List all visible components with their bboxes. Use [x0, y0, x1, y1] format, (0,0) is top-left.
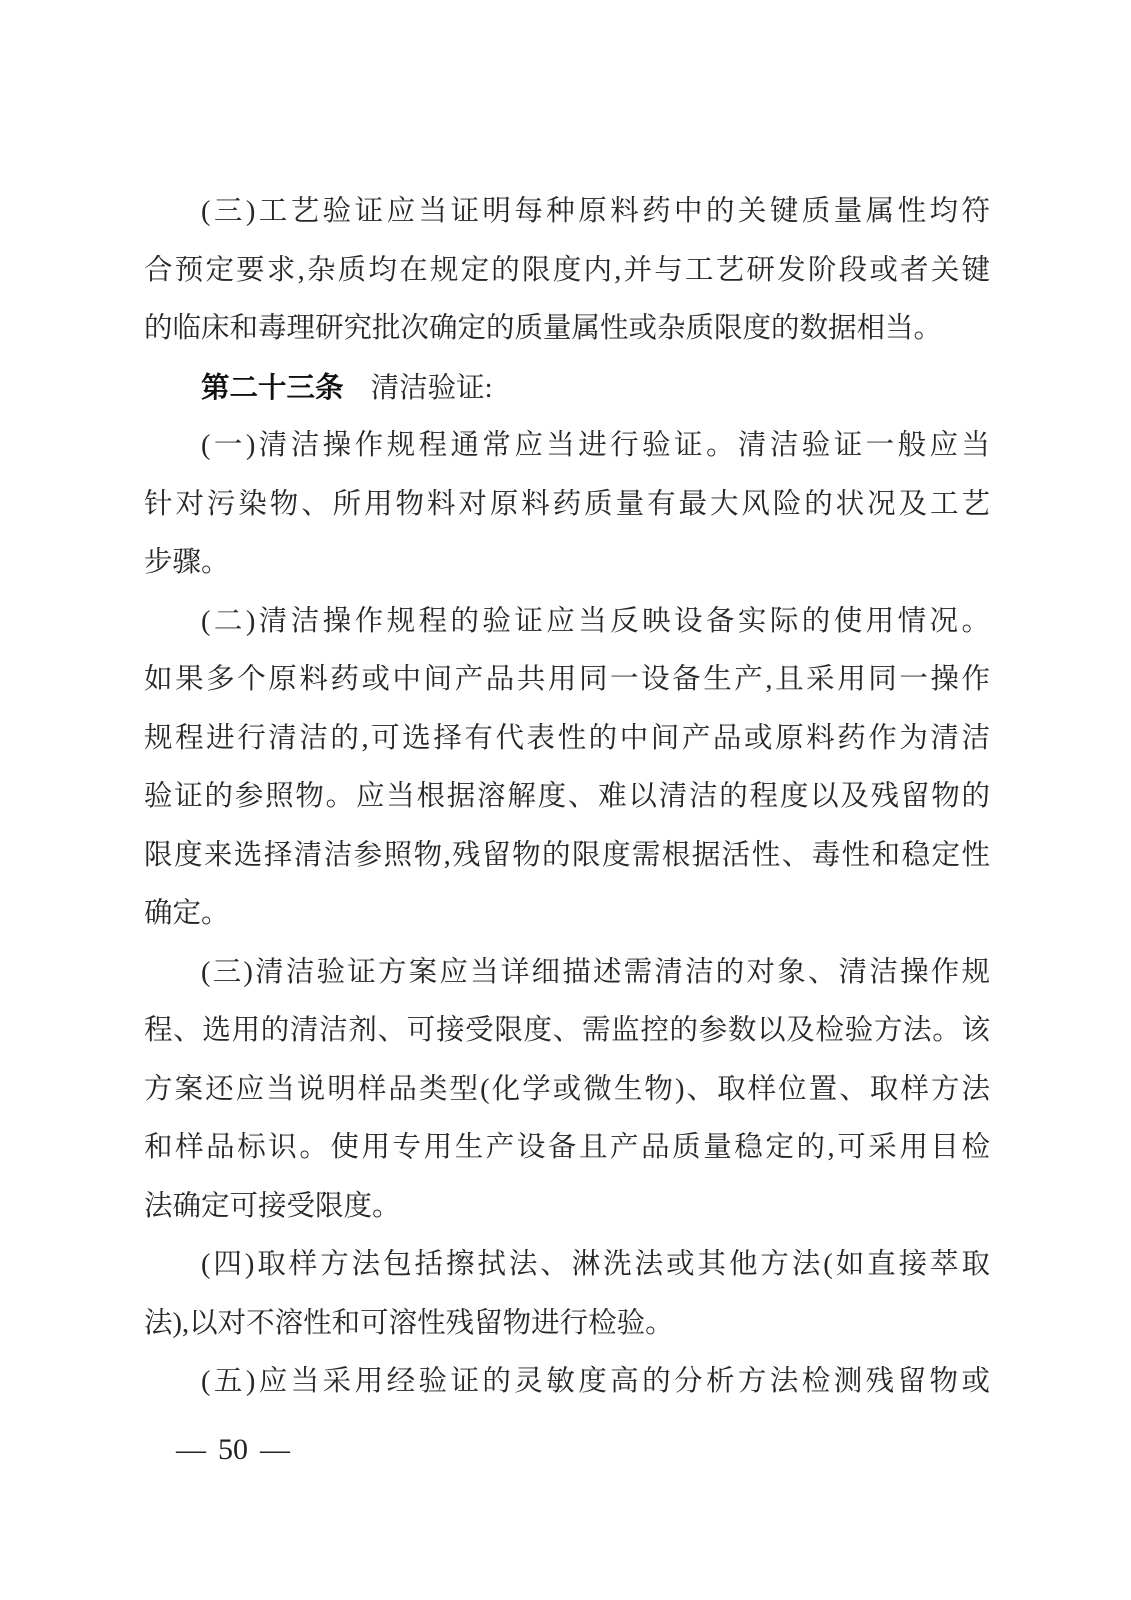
text-line: 如果多个原料药或中间产品共用同一设备生产,且采用同一操作 — [144, 651, 990, 710]
paragraph-item-five: (五)应当采用经验证的灵敏度高的分析方法检测残留物或 — [144, 1353, 990, 1412]
paragraph-item-three: (三)清洁验证方案应当详细描述需清洁的对象、清洁操作规 程、选用的清洁剂、可接受… — [144, 944, 990, 1237]
article-number: 第二十三条 — [201, 372, 344, 404]
text-line: 限度来选择清洁参照物,残留物的限度需根据活性、毒性和稳定性 — [144, 827, 990, 886]
document-body: (三)工艺验证应当证明每种原料药中的关键质量属性均符 合预定要求,杂质均在规定的… — [144, 183, 990, 1412]
page-footer: — 50 — — [176, 1430, 290, 1470]
text-line: 和样品标识。使用专用生产设备且产品质量稳定的,可采用目检 — [144, 1119, 990, 1178]
paragraph-item-one: (一)清洁操作规程通常应当进行验证。清洁验证一般应当 针对污染物、所用物料对原料… — [144, 417, 990, 593]
paragraph-item-four: (四)取样方法包括擦拭法、淋洗法或其他方法(如直接萃取 法),以对不溶性和可溶性… — [144, 1236, 990, 1353]
text-line: (三)清洁验证方案应当详细描述需清洁的对象、清洁操作规 — [144, 944, 990, 1003]
article-title: 清洁验证: — [371, 373, 493, 404]
text-line: (五)应当采用经验证的灵敏度高的分析方法检测残留物或 — [144, 1353, 990, 1412]
paragraph-item-two: (二)清洁操作规程的验证应当反映设备实际的使用情况。 如果多个原料药或中间产品共… — [144, 593, 990, 944]
text-line: 的临床和毒理研究批次确定的质量属性或杂质限度的数据相当。 — [144, 300, 990, 359]
document-page: (三)工艺验证应当证明每种原料药中的关键质量属性均符 合预定要求,杂质均在规定的… — [0, 0, 1131, 1600]
text-line: 方案还应当说明样品类型(化学或微生物)、取样位置、取样方法 — [144, 1061, 990, 1120]
text-line: 针对污染物、所用物料对原料药质量有最大风险的状况及工艺 — [144, 476, 990, 535]
text-line: (二)清洁操作规程的验证应当反映设备实际的使用情况。 — [144, 593, 990, 652]
page-number: 50 — [218, 1433, 248, 1467]
article-heading-line: 第二十三条清洁验证: — [144, 359, 990, 418]
text-line: 验证的参照物。应当根据溶解度、难以清洁的程度以及残留物的 — [144, 768, 990, 827]
footer-dash-left: — — [176, 1433, 206, 1467]
article-23-heading-paragraph: 第二十三条清洁验证: — [144, 359, 990, 418]
footer-dash-right: — — [260, 1433, 290, 1467]
text-line: (三)工艺验证应当证明每种原料药中的关键质量属性均符 — [144, 183, 990, 242]
text-line: (四)取样方法包括擦拭法、淋洗法或其他方法(如直接萃取 — [144, 1236, 990, 1295]
text-line: 规程进行清洁的,可选择有代表性的中间产品或原料药作为清洁 — [144, 710, 990, 769]
text-line: (一)清洁操作规程通常应当进行验证。清洁验证一般应当 — [144, 417, 990, 476]
text-line: 步骤。 — [144, 534, 990, 593]
text-line: 确定。 — [144, 885, 990, 944]
text-line: 程、选用的清洁剂、可接受限度、需监控的参数以及检验方法。该 — [144, 1002, 990, 1061]
text-line: 合预定要求,杂质均在规定的限度内,并与工艺研发阶段或者关键 — [144, 242, 990, 301]
text-line: 法确定可接受限度。 — [144, 1178, 990, 1237]
paragraph-process-validation: (三)工艺验证应当证明每种原料药中的关键质量属性均符 合预定要求,杂质均在规定的… — [144, 183, 990, 359]
text-line: 法),以对不溶性和可溶性残留物进行检验。 — [144, 1295, 990, 1354]
